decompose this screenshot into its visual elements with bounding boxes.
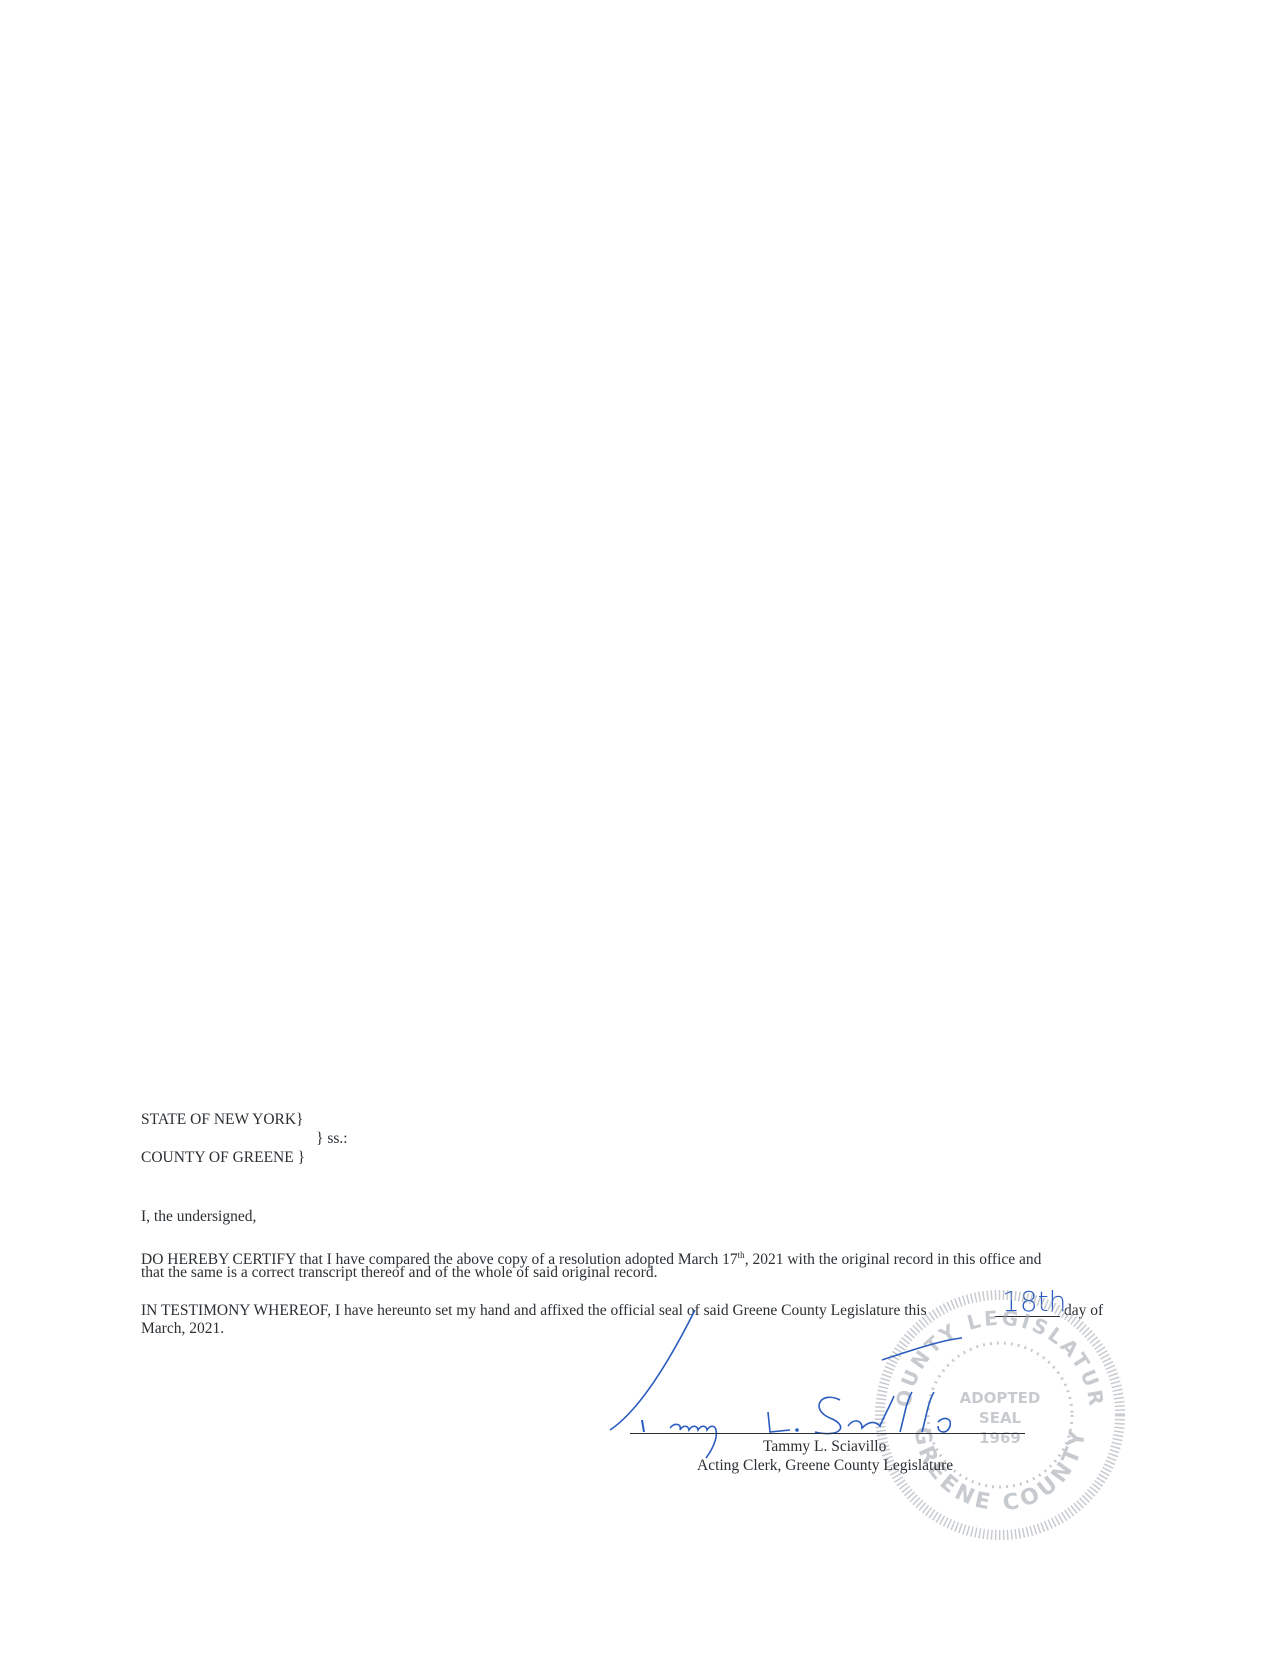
signer-title: Acting Clerk, Greene County Legislature	[697, 1457, 953, 1475]
venue-state: STATE OF NEW YORK}	[141, 1111, 304, 1129]
signature-line	[630, 1433, 1025, 1434]
testimony-line2: March, 2021.	[141, 1320, 224, 1338]
venue-ss: } ss.:	[316, 1130, 348, 1148]
signer-name: Tammy L. Sciavillo	[763, 1438, 886, 1456]
venue-county: COUNTY OF GREENE }	[141, 1149, 305, 1167]
undersigned-text: I, the undersigned,	[141, 1208, 256, 1226]
certify-paragraph-line2: that the same is a correct transcript th…	[141, 1264, 657, 1282]
